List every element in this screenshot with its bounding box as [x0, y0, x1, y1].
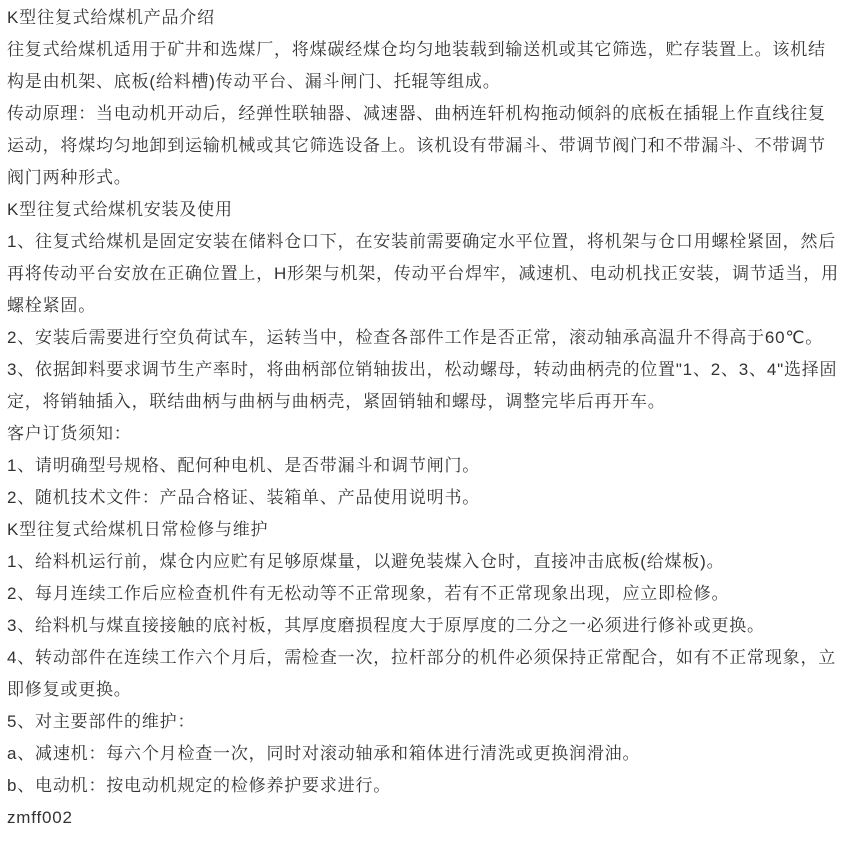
document-body: K型往复式给煤机产品介绍 往复式给煤机适用于矿井和选煤厂，将煤碳经煤仓均匀地装载…: [0, 0, 859, 834]
text-line: 5、对主要部件的维护：: [7, 706, 855, 738]
text-line: 传动原理：当电动机开动后，经弹性联轴器、减速器、曲柄连轩机构拖动倾斜的底板在插辊…: [7, 98, 855, 130]
text-line: 运动，将煤均匀地卸到运输机械或其它筛选设备上。该机设有带漏斗、带调节阀门和不带漏…: [7, 130, 855, 162]
text-line: 再将传动平台安放在正确位置上，H形架与机架，传动平台焊牢，减速机、电动机找正安装…: [7, 258, 855, 290]
text-line: 往复式给煤机适用于矿井和选煤厂，将煤碳经煤仓均匀地装载到输送机或其它筛选，贮存装…: [7, 34, 855, 66]
section-heading: K型往复式给煤机安装及使用: [7, 194, 855, 226]
text-line: a、减速机：每六个月检查一次，同时对滚动轴承和箱体进行清洗或更换润滑油。: [7, 738, 855, 770]
text-line: 3、依据卸料要求调节生产率时，将曲柄部位销轴拔出，松动螺母，转动曲柄壳的位置"1…: [7, 354, 855, 386]
text-line: 即修复或更换。: [7, 674, 855, 706]
section-heading: 客户订货须知：: [7, 418, 855, 450]
text-line: b、电动机：按电动机规定的检修养护要求进行。: [7, 770, 855, 802]
doc-title: K型往复式给煤机产品介绍: [7, 2, 855, 34]
text-line: 2、每月连续工作后应检查机件有无松动等不正常现象，若有不正常现象出现，应立即检修…: [7, 578, 855, 610]
text-line: 螺栓紧固。: [7, 290, 855, 322]
text-line: 1、往复式给煤机是固定安装在储料仓口下，在安装前需要确定水平位置，将机架与仓口用…: [7, 226, 855, 258]
text-line: 1、给料机运行前，煤仓内应贮有足够原煤量，以避免装煤入仓时，直接冲击底板(给煤板…: [7, 546, 855, 578]
text-line: 2、随机技术文件：产品合格证、装箱单、产品使用说明书。: [7, 482, 855, 514]
text-line: 1、请明确型号规格、配何种电机、是否带漏斗和调节闸门。: [7, 450, 855, 482]
section-heading: K型往复式给煤机日常检修与维护: [7, 514, 855, 546]
text-line: 2、安装后需要进行空负荷试车，运转当中，检查各部件工作是否正常，滚动轴承高温升不…: [7, 322, 855, 354]
text-line: 3、给料机与煤直接接触的底衬板，其厚度磨损程度大于原厚度的二分之一必须进行修补或…: [7, 610, 855, 642]
text-line: 阀门两种形式。: [7, 162, 855, 194]
text-line: 4、转动部件在连续工作六个月后，需检查一次，拉杆部分的机件必须保持正常配合，如有…: [7, 642, 855, 674]
text-line: 构是由机架、底板(给料槽)传动平台、漏斗闸门、托辊等组成。: [7, 66, 855, 98]
text-line: 定，将销轴插入，联结曲柄与曲柄与曲柄壳，紧固销轴和螺母，调整完毕后再开车。: [7, 386, 855, 418]
doc-code: zmff002: [7, 802, 855, 834]
